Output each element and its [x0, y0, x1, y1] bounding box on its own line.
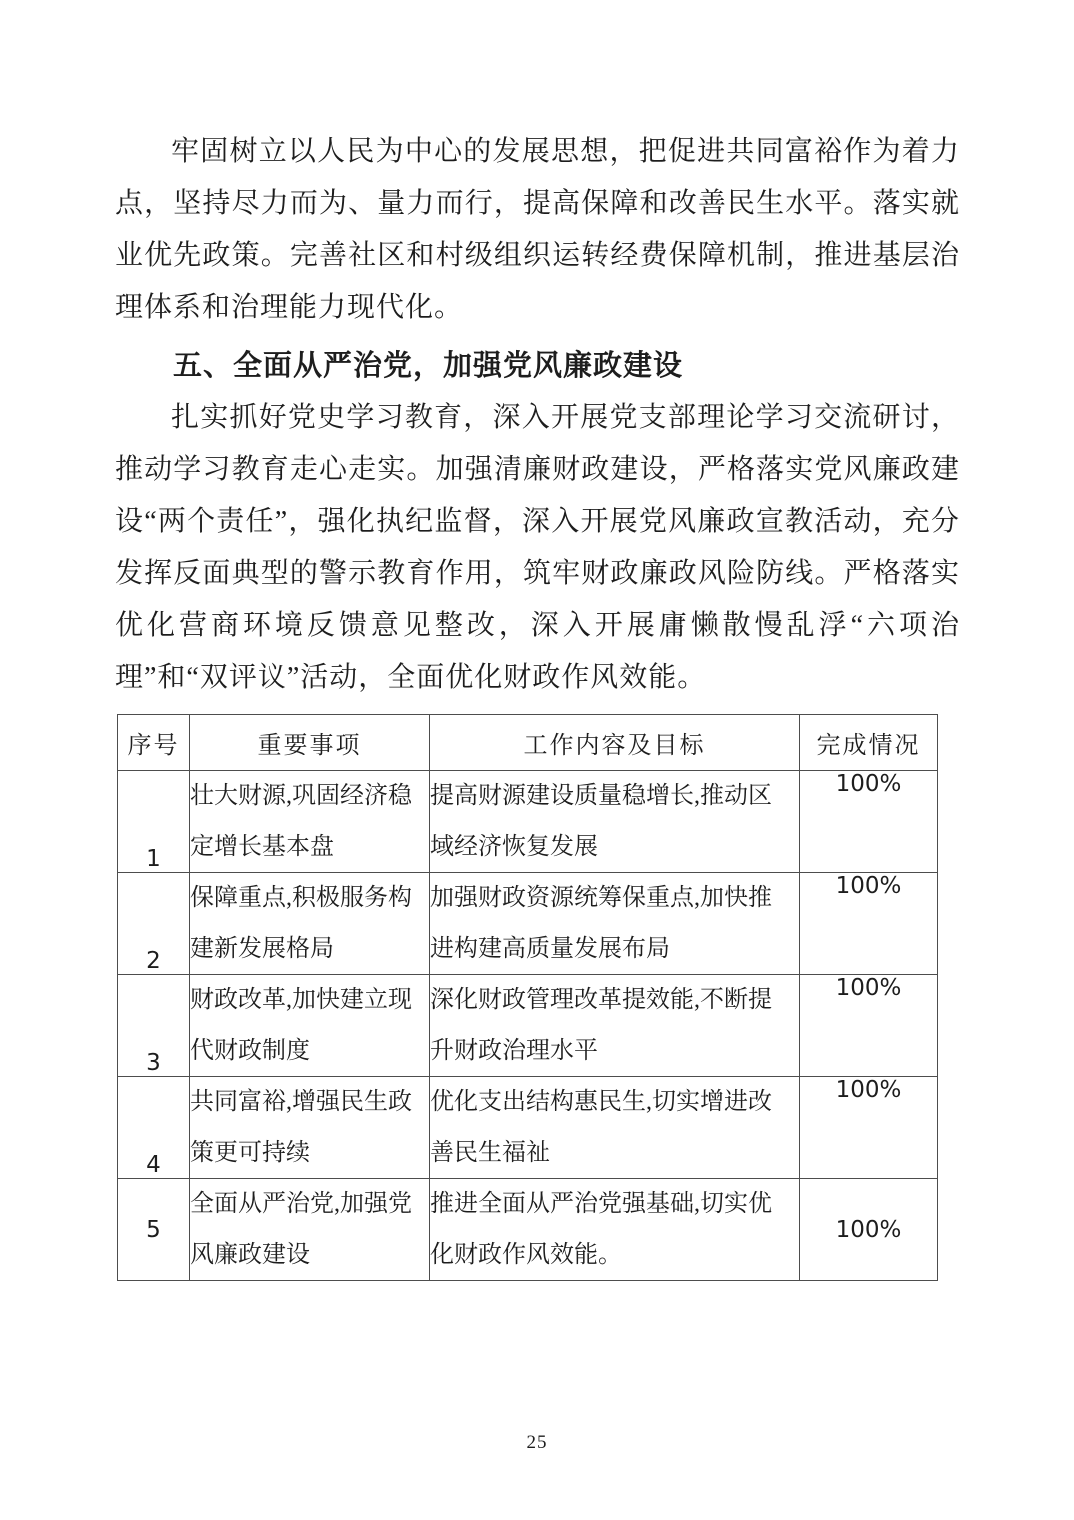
work-items-table: 序号 重要事项 工作内容及目标 完成情况 1 壮大财源,巩固经济稳 定增长基本盘…	[117, 714, 938, 1281]
seq-cell: 3	[118, 975, 190, 1077]
table-row: 1 壮大财源,巩固经济稳 定增长基本盘 提高财源建设质量稳增长,推动区 域经济恢…	[118, 771, 938, 873]
table-row: 5 全面从严治党,加强党 风廉政建设 推进全面从严治党强基础,切实优 化财政作风…	[118, 1179, 938, 1281]
table-row: 2 保障重点,积极服务构 建新发展格局 加强财政资源统筹保重点,加快推 进构建高…	[118, 873, 938, 975]
content-cell: 加强财政资源统筹保重点,加快推 进构建高质量发展布局	[430, 873, 800, 975]
completion-cell: 100%	[800, 771, 938, 873]
item-cell: 全面从严治党,加强党 风廉政建设	[190, 1179, 430, 1281]
item-cell: 保障重点,积极服务构 建新发展格局	[190, 873, 430, 975]
paragraph-2: 扎实抓好党史学习教育，深入开展党支部理论学习交流研讨，推动学习教育走心走实。加强…	[115, 392, 960, 704]
table-row: 4 共同富裕,增强民生政 策更可持续 优化支出结构惠民生,切实增进改 善民生福祉…	[118, 1077, 938, 1179]
seq-cell: 1	[118, 771, 190, 873]
completion-cell: 100%	[800, 975, 938, 1077]
header-cell-seq: 序号	[118, 715, 190, 771]
header-cell-item: 重要事项	[190, 715, 430, 771]
paragraph-1: 牢固树立以人民为中心的发展思想，把促进共同富裕作为着力点，坚持尽力而为、量力而行…	[115, 126, 960, 334]
table-row: 3 财政改革,加快建立现 代财政制度 深化财政管理改革提效能,不断提 升财政治理…	[118, 975, 938, 1077]
item-cell: 壮大财源,巩固经济稳 定增长基本盘	[190, 771, 430, 873]
seq-cell: 5	[118, 1179, 190, 1281]
completion-cell: 100%	[800, 1179, 938, 1281]
content-cell: 优化支出结构惠民生,切实增进改 善民生福祉	[430, 1077, 800, 1179]
page-number: 25	[0, 1432, 1074, 1454]
section-heading: 五、全面从严治党，加强党风廉政建设	[115, 340, 960, 392]
document-page: 牢固树立以人民为中心的发展思想，把促进共同富裕作为着力点，坚持尽力而为、量力而行…	[0, 0, 1074, 1520]
seq-cell: 2	[118, 873, 190, 975]
item-cell: 共同富裕,增强民生政 策更可持续	[190, 1077, 430, 1179]
completion-cell: 100%	[800, 873, 938, 975]
header-cell-completion: 完成情况	[800, 715, 938, 771]
table-header-row: 序号 重要事项 工作内容及目标 完成情况	[118, 715, 938, 771]
content-cell: 推进全面从严治党强基础,切实优 化财政作风效能。	[430, 1179, 800, 1281]
content-cell: 提高财源建设质量稳增长,推动区 域经济恢复发展	[430, 771, 800, 873]
item-cell: 财政改革,加快建立现 代财政制度	[190, 975, 430, 1077]
document-content: 牢固树立以人民为中心的发展思想，把促进共同富裕作为着力点，坚持尽力而为、量力而行…	[115, 126, 960, 1281]
completion-cell: 100%	[800, 1077, 938, 1179]
header-cell-content: 工作内容及目标	[430, 715, 800, 771]
seq-cell: 4	[118, 1077, 190, 1179]
content-cell: 深化财政管理改革提效能,不断提 升财政治理水平	[430, 975, 800, 1077]
